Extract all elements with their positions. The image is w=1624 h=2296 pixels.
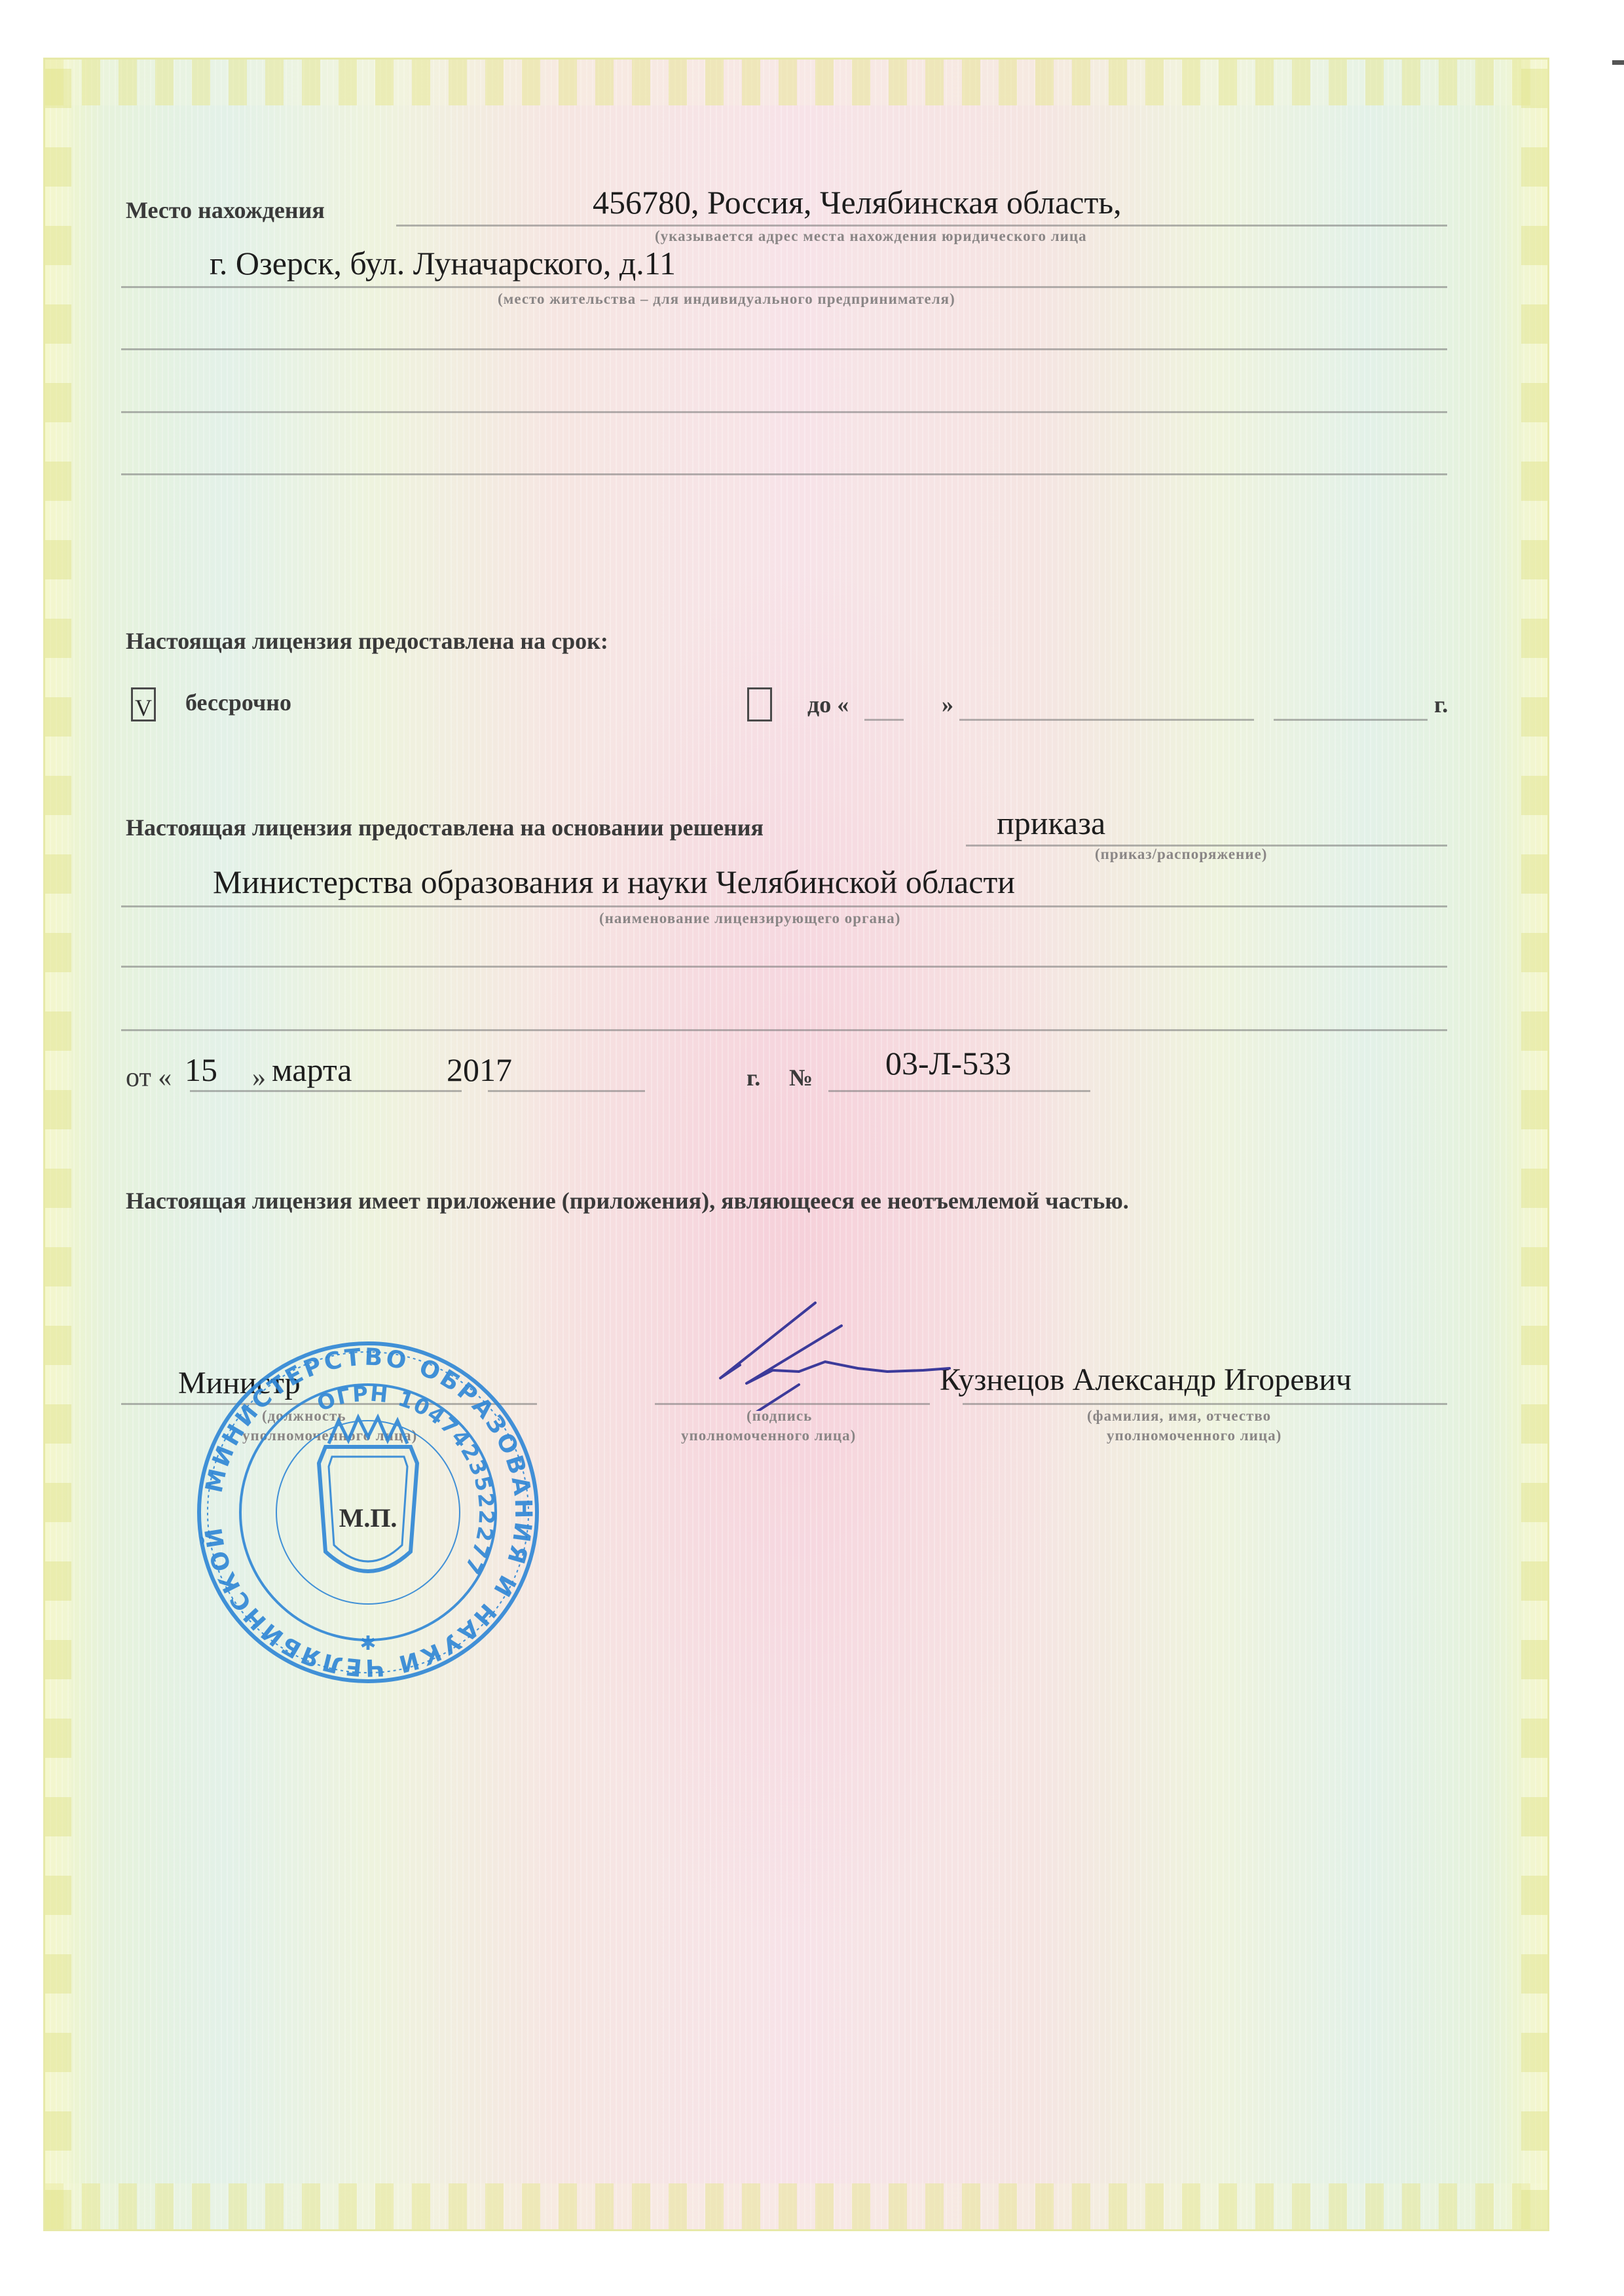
authority-hint: (наименование лицензирующего органа) — [599, 910, 900, 927]
ornamental-border-right — [1521, 60, 1547, 2229]
term-unlimited-checkbox[interactable]: V — [131, 687, 156, 721]
term-unlimited-label: бессрочно — [185, 689, 291, 716]
order-month-underline — [190, 1090, 462, 1092]
term-until-prefix: до « — [807, 691, 849, 718]
blank-line-1 — [121, 348, 1447, 350]
term-until-month-line[interactable] — [959, 719, 1254, 721]
address-line-2: г. Озерск, бул. Луначарского, д.11 — [210, 244, 676, 282]
handwritten-signature — [701, 1293, 963, 1411]
name-hint-1: (фамилия, имя, отчество — [1087, 1408, 1271, 1425]
term-until-year-line[interactable] — [1274, 719, 1428, 721]
address-hint-2: (место жительства – для индивидуального … — [498, 291, 955, 308]
term-label: Настоящая лицензия предоставлена на срок… — [126, 627, 608, 655]
address-line-1: 456780, Россия, Челябинская область, — [593, 183, 1122, 221]
order-year-suffix: г. — [747, 1064, 760, 1091]
name-hint-2: уполномоченного лица) — [1107, 1427, 1282, 1444]
order-quote-close: » — [252, 1062, 266, 1093]
signatory-name: Кузнецов Александр Игоревич — [940, 1362, 1352, 1398]
blank-line-4 — [121, 966, 1447, 968]
order-prefix: от « — [126, 1062, 172, 1093]
term-until-day-line[interactable] — [864, 719, 904, 721]
term-until-checkbox[interactable] — [747, 687, 772, 721]
order-number: 03-Л-533 — [885, 1044, 1011, 1082]
scan-mark — [1612, 60, 1624, 65]
license-sheet — [43, 58, 1549, 2231]
blank-line-5 — [121, 1029, 1447, 1031]
signature-hint-2: уполномоченного лица) — [681, 1427, 856, 1444]
decision-type-hint: (приказ/распоряжение) — [1095, 846, 1267, 863]
order-year-underline — [488, 1090, 645, 1092]
blank-line-3 — [121, 473, 1447, 475]
address-underline-2 — [121, 286, 1447, 288]
basis-label: Настоящая лицензия предоставлена на осно… — [126, 814, 764, 841]
order-day: 15 — [185, 1051, 217, 1089]
stamp-center-label: М.П. — [339, 1503, 397, 1533]
svg-text:✱: ✱ — [360, 1632, 376, 1655]
ornamental-border-left — [45, 60, 71, 2229]
term-until-quote-close: » — [942, 691, 953, 718]
order-month: марта — [272, 1051, 352, 1089]
blank-line-2 — [121, 411, 1447, 413]
appendix-statement: Настоящая лицензия имеет приложение (при… — [126, 1187, 1129, 1214]
order-number-underline — [828, 1090, 1090, 1092]
term-until-year-suffix: г. — [1434, 691, 1448, 718]
ornamental-border-bottom — [45, 2183, 1547, 2229]
decision-type: приказа — [997, 804, 1105, 842]
location-label: Место нахождения — [126, 196, 325, 224]
address-hint-1: (указывается адрес места нахождения юрид… — [655, 228, 1087, 245]
authority-underline — [121, 905, 1447, 907]
licensing-authority: Министерства образования и науки Челябин… — [213, 863, 1015, 901]
order-year: 2017 — [447, 1051, 512, 1089]
order-number-sign: № — [789, 1064, 813, 1091]
official-seal-stamp: МИНИСТЕРСТВО ОБРАЗОВАНИЯ И НАУКИ ЧЕЛЯБИН… — [185, 1336, 551, 1689]
ornamental-border-top — [45, 60, 1547, 105]
address-underline-1 — [396, 225, 1447, 227]
name-underline — [963, 1403, 1447, 1405]
